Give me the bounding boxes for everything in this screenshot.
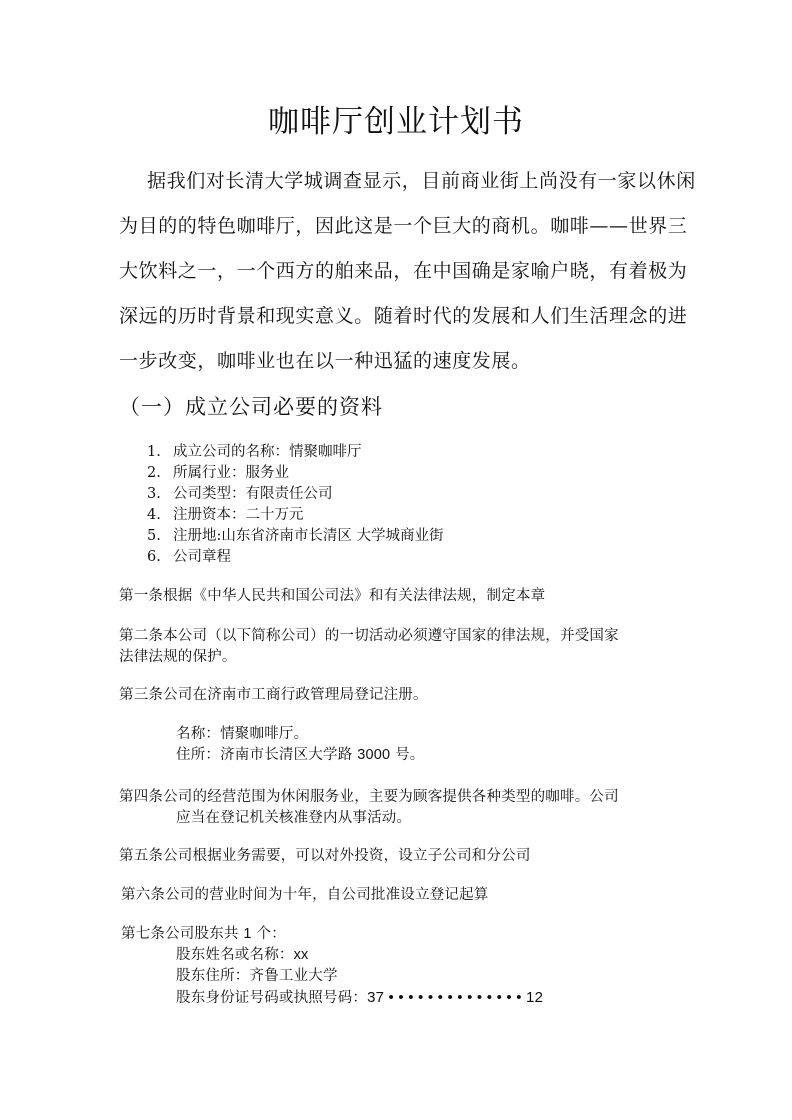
article-3: 第三条公司在济南市工商行政管理局登记注册。 [119,685,428,706]
intro-line: 一步改变，咖啡业也在以一种迅猛的速度发展。 [119,346,531,373]
intro-line: 大饮料之一，一个西方的舶来品，在中国确是家喻户晓，有着极为 [119,256,687,283]
article-1: 第一条根据《中华人民共和国公司法》和有关法律法规，制定本章 [119,586,545,607]
company-info-list: 1.成立公司的名称：情聚咖啡厅 2.所属行业：服务业 3.公司类型：有限责任公司… [147,442,444,568]
list-item: 6.公司章程 [147,547,444,568]
list-item: 5.注册地:山东省济南市长清区 大学城商业街 [147,526,444,547]
article-7: 第七条公司股东共 1 个： [121,924,286,945]
article-3-name: 名称：情聚咖啡厅。 [176,724,308,745]
shareholder-name: 股东姓名或名称：xx [176,945,309,966]
intro-line: 为目的的特色咖啡厅，因此这是一个巨大的商机。咖啡——世界三 [119,211,687,238]
list-item: 3.公司类型：有限责任公司 [147,484,444,505]
article-2: 第二条本公司（以下简称公司）的一切活动必须遵守国家的律法规，并受国家 法律法规的… [119,626,619,668]
list-item: 1.成立公司的名称：情聚咖啡厅 [147,442,444,463]
article-4: 第四条公司的经营范围为休闲服务业，主要为顾客提供各种类型的咖啡。公司 应当在登记… [119,787,619,829]
article-3-address: 住所：济南市长清区大学路 3000 号。 [176,745,425,766]
intro-paragraph: 据我们对长清大学城调查显示，目前商业街上尚没有一家以休闲 为目的的特色咖啡厅，因… [119,160,679,360]
document-title: 咖啡厅创业计划书 [0,96,792,141]
list-item: 2.所属行业：服务业 [147,463,444,484]
article-5: 第五条公司根据业务需要，可以对外投资，设立子公司和分公司 [119,846,531,867]
intro-line: 深远的历时背景和现实意义。随着时代的发展和人们生活理念的进 [119,301,687,328]
section-heading: （一）成立公司必要的资料 [119,391,383,421]
list-item: 4.注册资本：二十万元 [147,505,444,526]
shareholder-id: 股东身份证号码或执照号码：37 • • • • • • • • • • • • … [176,987,543,1009]
intro-line: 据我们对长清大学城调查显示，目前商业街上尚没有一家以休闲 [147,166,696,193]
article-6: 第六条公司的营业时间为十年，自公司批准设立登记起算 [121,885,489,906]
shareholder-address: 股东住所：齐鲁工业大学 [176,966,338,987]
